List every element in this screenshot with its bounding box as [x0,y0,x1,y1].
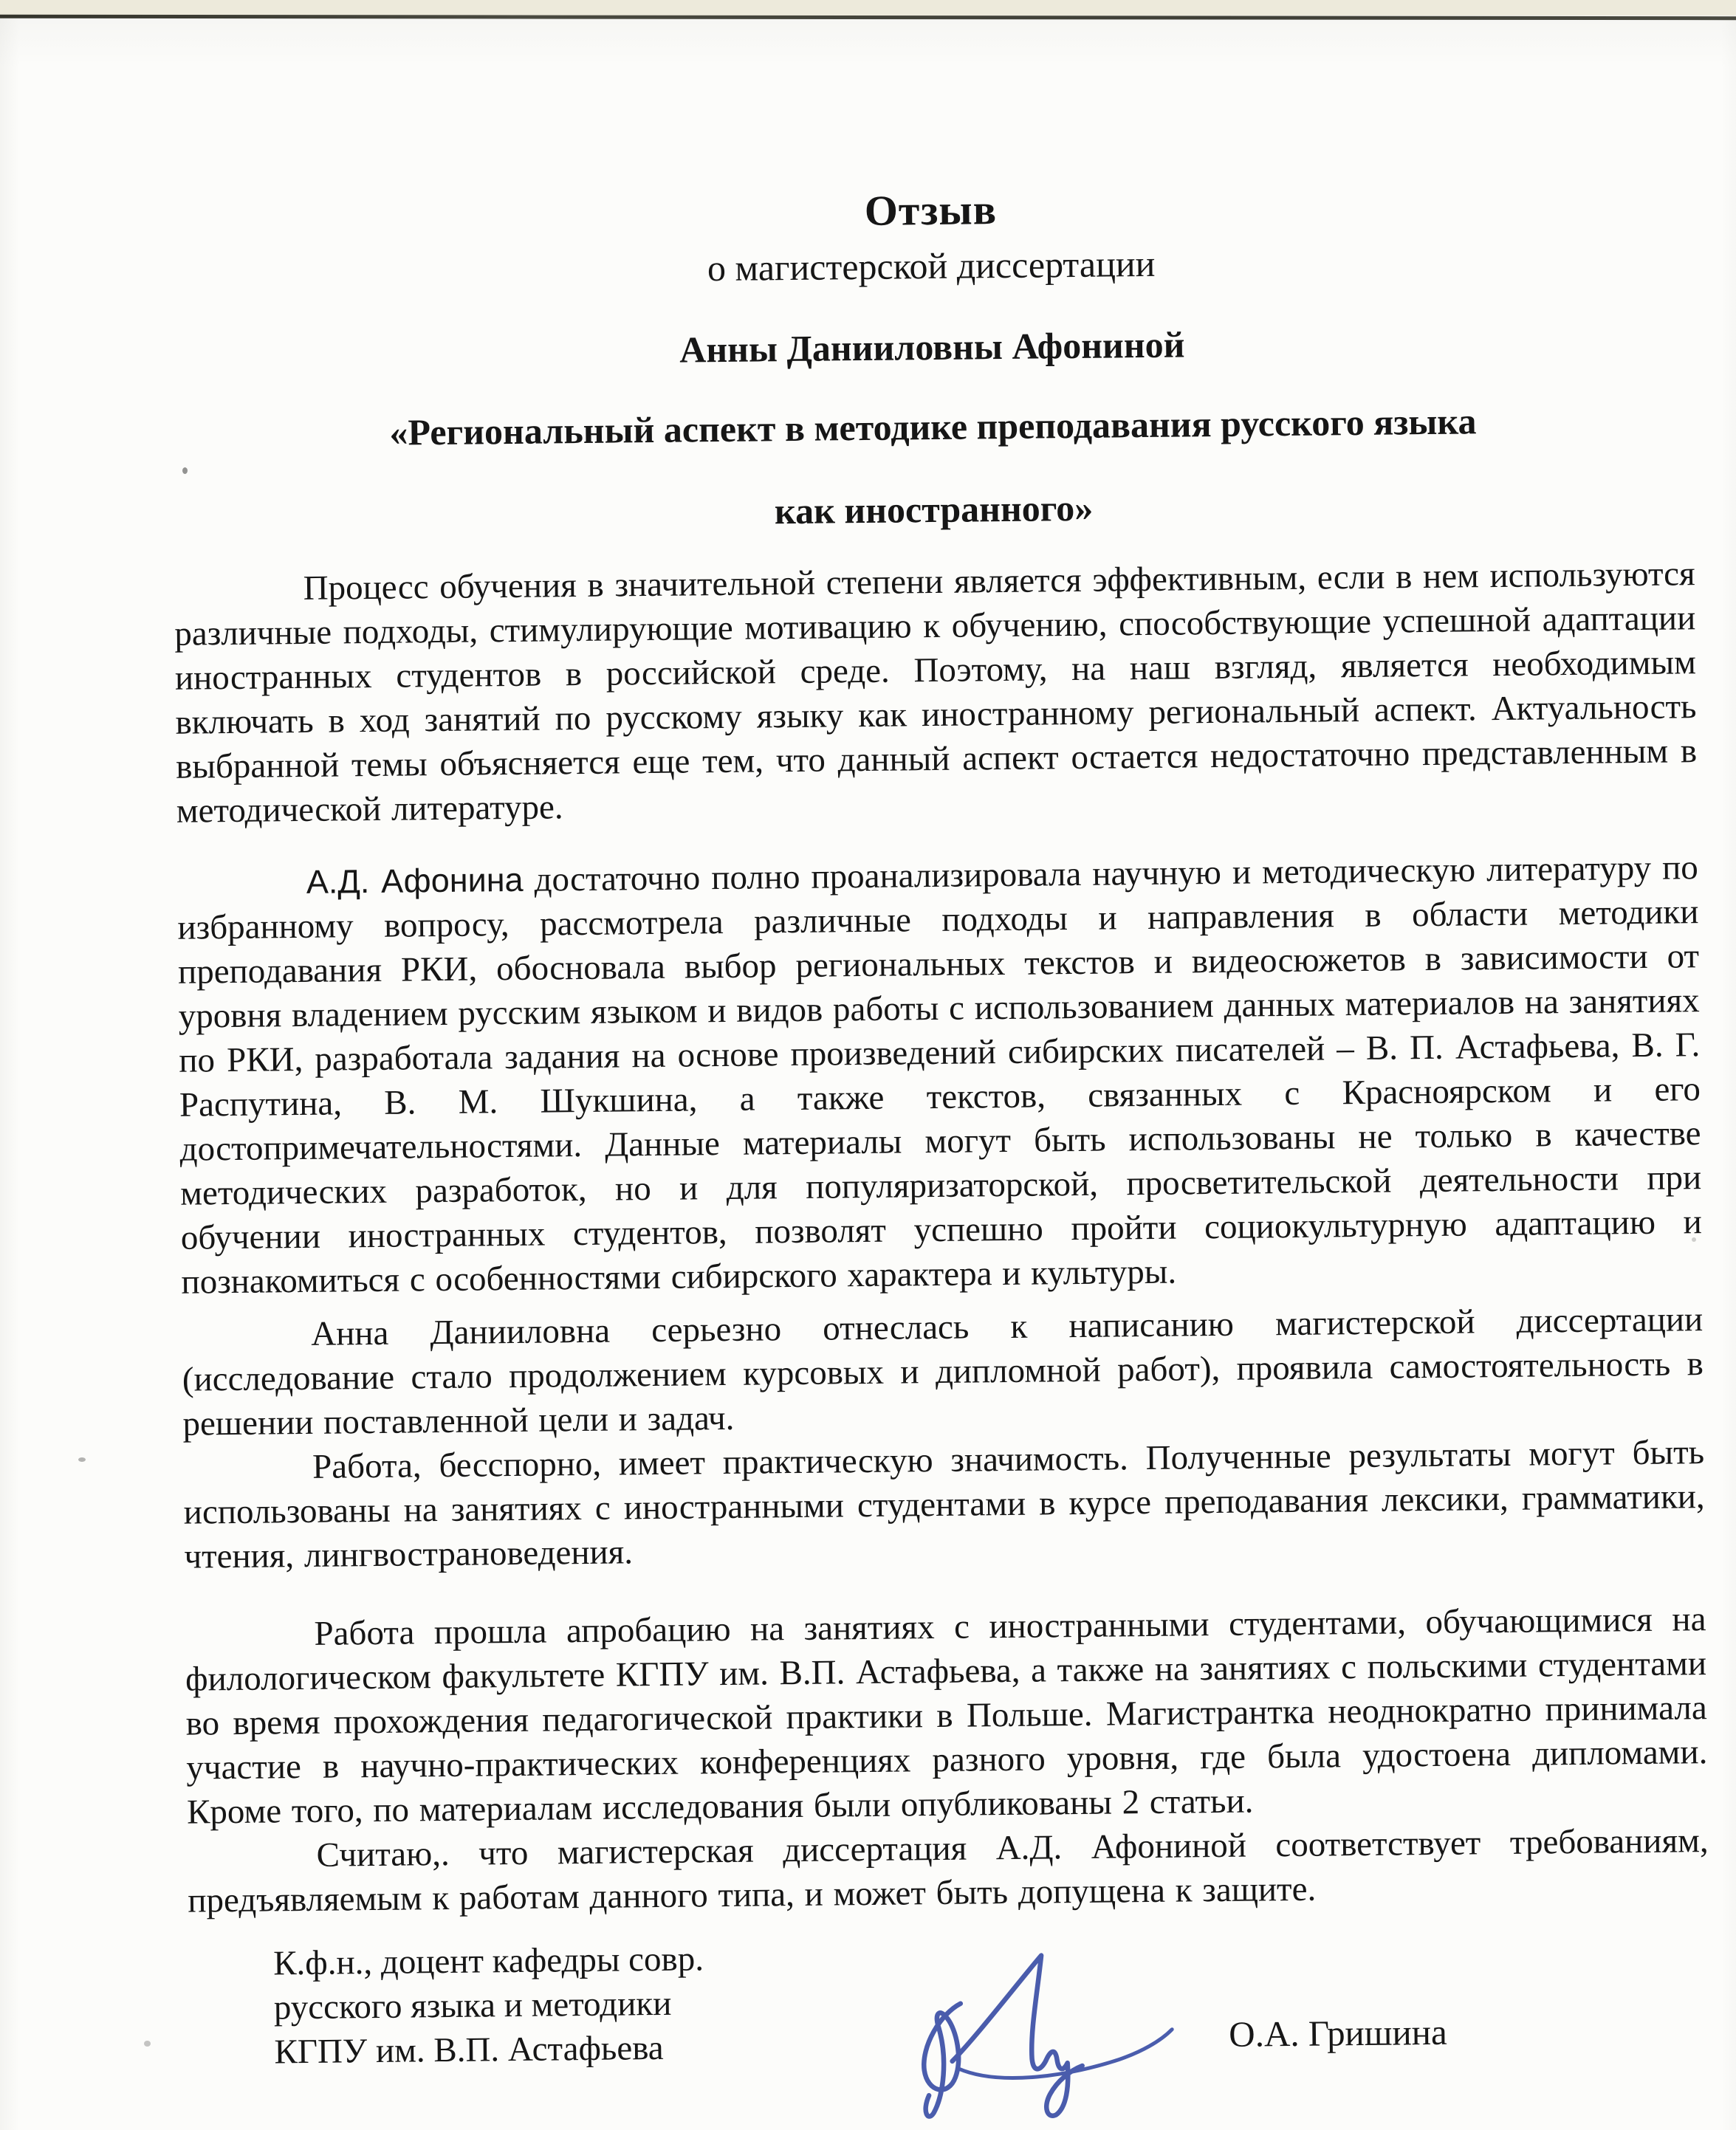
handwritten-signature-icon [908,1947,1184,2130]
scan-speck [78,1457,86,1462]
author-name-heading: Анны Данииловны Афониной [171,317,1693,377]
paragraph-approbation: Работа прошла апробацию на занятиях с ин… [185,1597,1708,1835]
signer-name: О.А. Гришина [1229,2012,1447,2055]
scan-edge-strip [0,0,1736,16]
scan-speck [144,2041,151,2047]
paragraph-analysis: А.Д. Афонина достаточно полно проанализи… [177,845,1703,1305]
thesis-title-line2: как иностранного» [173,479,1695,540]
paragraph-practical-value: Работа, бесспорно, имеет практическую зн… [183,1430,1706,1579]
signature-stroke-peak [951,1955,1083,2117]
review-subtitle: о магистерской диссертации [171,236,1692,296]
paragraph-diligence: Анна Данииловна серьезно отнеслась к нап… [182,1297,1704,1446]
paragraph-conclusion: Считаю,. что магистерская диссертация А.… [187,1818,1709,1923]
signature-stroke-tail [958,2030,1173,2079]
scanned-review-page: { "document": { "title_line1": "Отзыв", … [0,0,1736,2130]
review-title: Отзыв [170,176,1692,244]
paragraph-analysis-lead: А.Д. Афонина [306,861,524,901]
scan-edge-line [0,15,1736,20]
document-page: Отзыв о магистерской диссертации Анны Да… [0,0,1736,2130]
paragraph-analysis-rest: достаточно полно проанализировала научну… [177,848,1702,1302]
document-content: Отзыв о магистерской диссертации Анны Да… [170,176,1711,2075]
paragraph-intro: Процесс обучения в значительной степени … [174,552,1698,834]
thesis-title-line1: «Региональный аспект в методике преподав… [172,396,1694,457]
